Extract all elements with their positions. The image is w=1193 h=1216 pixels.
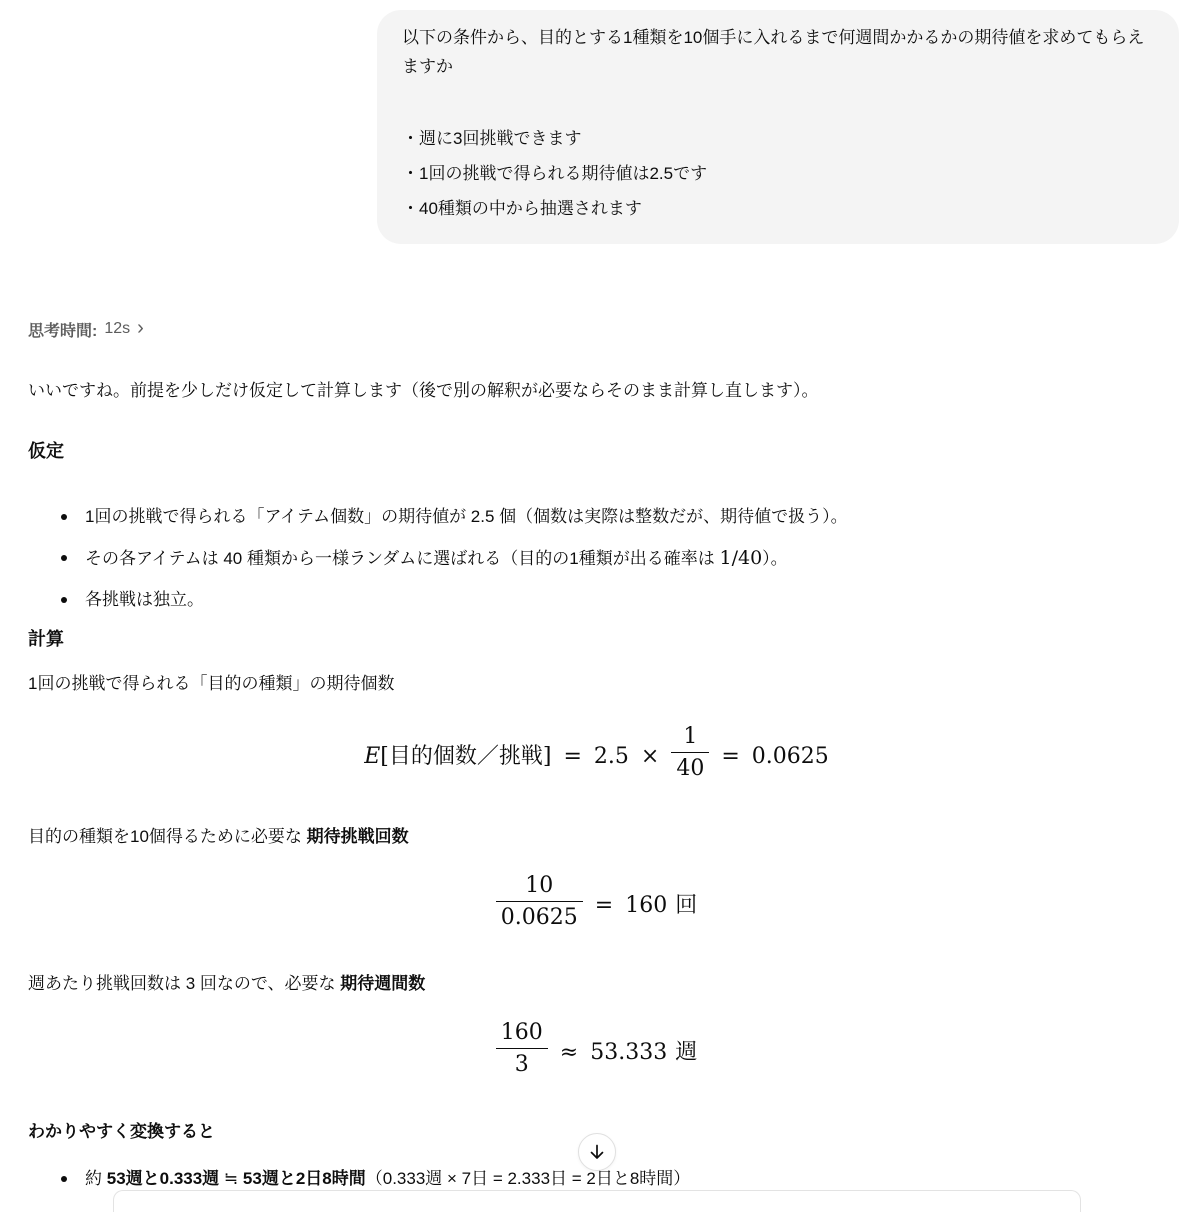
math-approx: ≈	[560, 1040, 578, 1065]
arrow-down-icon	[587, 1142, 607, 1162]
math-equals: =	[721, 744, 739, 769]
final-bullet-text: 約	[85, 1169, 107, 1188]
assumptions-heading: 仮定	[28, 439, 1165, 464]
math-variable-E: E	[364, 744, 380, 769]
user-question-text: 以下の条件から、目的とする1種類を10個手に入れるまで何週間かかるかの期待値を求…	[402, 23, 1154, 81]
math-fraction: 1603	[496, 1020, 548, 1078]
formula-expected-trials: 100.0625=160回	[28, 877, 1165, 933]
fraction-denominator: 3	[496, 1049, 548, 1077]
assumption-text: その各アイテムは 40 種類から一様ランダムに選ばれる（目的の1種類が出る確率は	[85, 549, 719, 568]
math-argument: [目的個数／挑戦]	[380, 744, 551, 769]
thinking-time-value: 12s	[104, 320, 130, 338]
math-result: 53.333	[590, 1040, 667, 1065]
math-result: 0.0625	[752, 744, 829, 769]
calc-line-2-text: 目的の種類を10個得るために必要な	[28, 827, 307, 846]
final-bullet-bold-1: 53週と0.333週	[107, 1169, 219, 1188]
calc-line-2: 目的の種類を10個得るために必要な 期待挑戦回数	[28, 823, 1165, 851]
user-condition-1: ・週に3回挑戦できます	[402, 124, 1154, 153]
user-message-bubble: 以下の条件から、目的とする1種類を10個手に入れるまで何週間かかるかの期待値を求…	[377, 10, 1179, 244]
inline-math-fraction: 1/40	[719, 547, 762, 569]
final-bullet-text: ≒	[219, 1169, 243, 1188]
fraction-numerator: 160	[496, 1020, 548, 1049]
math-equals: =	[595, 893, 613, 918]
user-condition-3: ・40種類の中から抽選されます	[402, 194, 1154, 223]
calc-line-3-text: 週あたり挑戦回数は 3 回なので、必要な	[28, 974, 340, 993]
calc-line-3: 週あたり挑戦回数は 3 回なので、必要な 期待週間数	[28, 970, 1165, 998]
user-condition-2: ・1回の挑戦で得られる期待値は2.5です	[402, 159, 1154, 188]
user-message-row: 以下の条件から、目的とする1種類を10個手に入れるまで何週間かかるかの期待値を求…	[0, 0, 1193, 244]
thinking-time-toggle[interactable]: 思考時間: 12s ›	[28, 316, 144, 342]
chat-page: 以下の条件から、目的とする1種類を10個手に入れるまで何週間かかるかの期待値を求…	[0, 0, 1193, 1216]
final-bullet-bold-2: 53週と2日8時間	[243, 1169, 366, 1188]
math-times: ×	[641, 744, 659, 769]
math-unit: 週	[675, 1040, 697, 1065]
math-fraction: 140	[671, 724, 709, 782]
list-item: 各挑戦は独立。	[28, 586, 1165, 614]
calc-line-1: 1回の挑戦で得られる「目的の種類」の期待個数	[28, 670, 1165, 698]
assumptions-list: 1回の挑戦で得られる「アイテム個数」の期待値が 2.5 個（個数は実際は整数だが…	[28, 503, 1165, 614]
math-result: 160	[625, 893, 667, 918]
calculation-heading: 計算	[28, 627, 1165, 652]
calc-line-3-bold: 期待週間数	[340, 974, 425, 993]
fraction-denominator: 40	[671, 753, 709, 781]
assumption-text: ）。	[762, 549, 788, 568]
list-item: 1回の挑戦で得られる「アイテム個数」の期待値が 2.5 個（個数は実際は整数だが…	[28, 503, 1165, 531]
thinking-time-label: 思考時間:	[28, 318, 97, 341]
final-bullet-text: （0.333週 × 7日 = 2.333日 = 2日と8時間）	[366, 1169, 691, 1188]
assistant-message: 思考時間: 12s › いいですね。前提を少しだけ仮定して計算します（後で別の解…	[0, 316, 1193, 1212]
intro-paragraph: いいですね。前提を少しだけ仮定して計算します（後で別の解釈が必要ならそのまま計算…	[28, 377, 1165, 405]
math-equals: =	[563, 744, 581, 769]
math-unit: 回	[675, 893, 697, 918]
list-item: その各アイテムは 40 種類から一様ランダムに選ばれる（目的の1種類が出る確率は…	[28, 544, 1165, 573]
math-factor: 2.5	[594, 744, 629, 769]
fraction-numerator: 1	[671, 724, 709, 753]
math-fraction: 100.0625	[496, 873, 583, 931]
next-content-block-edge	[113, 1190, 1081, 1212]
assumption-text: 1回の挑戦で得られる「アイテム個数」の期待値が 2.5 個（個数は実際は整数だが…	[85, 507, 848, 526]
fraction-denominator: 0.0625	[496, 902, 583, 930]
formula-expected-per-trial: E[目的個数／挑戦]=2.5×140=0.0625	[28, 728, 1165, 784]
chevron-right-icon: ›	[137, 318, 144, 338]
formula-expected-weeks: 1603≈53.333週	[28, 1024, 1165, 1080]
fraction-numerator: 10	[496, 873, 583, 902]
calc-line-2-bold: 期待挑戦回数	[307, 827, 409, 846]
assumption-text: 各挑戦は独立。	[85, 590, 204, 609]
scroll-to-bottom-button[interactable]	[578, 1133, 616, 1171]
